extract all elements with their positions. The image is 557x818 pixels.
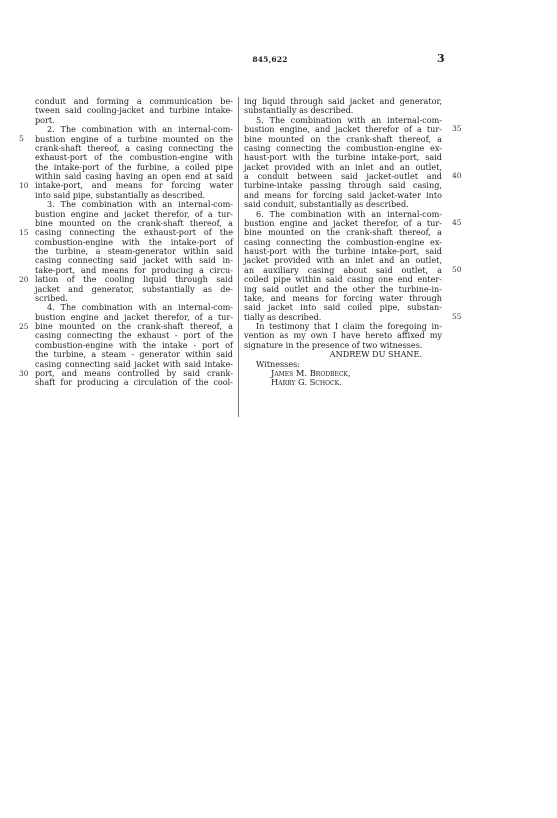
patent-number: 845,622	[200, 55, 340, 64]
line-number: 55	[452, 312, 462, 321]
text-line: shaft for producing a circulation of the…	[35, 378, 233, 387]
line-number: 20	[19, 275, 29, 284]
line-number: 40	[452, 171, 462, 180]
line-number: 5	[19, 134, 24, 143]
line-number: 50	[452, 265, 462, 274]
line-number: 10	[19, 181, 29, 190]
right-column: ing liquid through said jacket and gener…	[244, 97, 442, 388]
page-number: 3	[437, 52, 445, 65]
line-number: 45	[452, 218, 462, 227]
left-column: conduit and forming a communication be- …	[35, 97, 233, 388]
line-number: 30	[19, 369, 29, 378]
witness-name: Harry G. Schock.	[244, 378, 442, 387]
text-line: tween said cooling-jacket and turbine in…	[35, 106, 233, 115]
line-number: 25	[19, 322, 29, 331]
line-number: 15	[19, 228, 29, 237]
line-number: 35	[452, 124, 462, 133]
column-divider	[238, 97, 239, 417]
